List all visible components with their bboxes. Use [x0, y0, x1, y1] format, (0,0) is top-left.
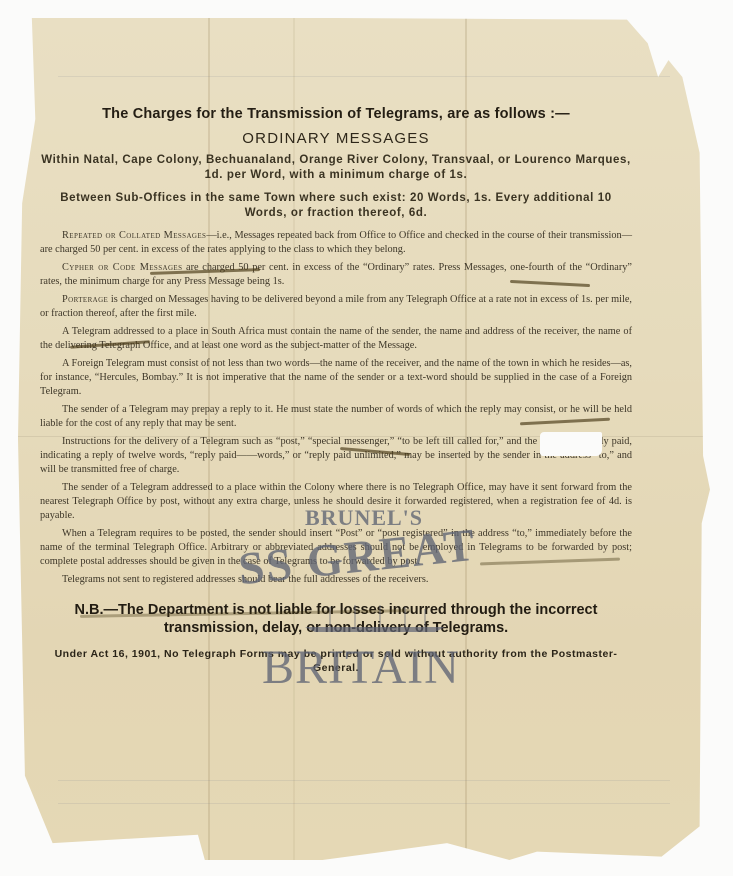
paragraph-prepaid-reply: The sender of a Telegram may prepay a re…	[40, 403, 632, 431]
paragraph-porterage: Porterage is charged on Messages having …	[40, 293, 632, 321]
paragraph-south-africa-address: A Telegram addressed to a place in South…	[40, 325, 632, 353]
rate-sub-offices: Between Sub-Offices in the same Town whe…	[40, 191, 632, 221]
paragraph-lead: Repeated or Collated Messages	[62, 230, 206, 241]
paragraph-text: is charged on Messages having to be deli…	[40, 294, 632, 319]
paragraph-no-telegraph-office: The sender of a Telegram addressed to a …	[40, 481, 632, 523]
act-notice: Under Act 16, 1901, No Telegraph Forms m…	[40, 647, 632, 675]
paragraph-lead: Porterage	[62, 294, 108, 305]
document-heading: The Charges for the Transmission of Tele…	[40, 106, 632, 122]
ruled-line	[58, 780, 670, 781]
rate-within-colonies: Within Natal, Cape Colony, Bechuanaland,…	[40, 153, 632, 183]
paragraph-cypher-messages: Cypher or Code Messages are charged 50 p…	[40, 261, 632, 289]
paragraph-registered-addresses: Telegrams not sent to registered address…	[40, 573, 632, 587]
paragraph-foreign-telegram: A Foreign Telegram must consist of not l…	[40, 357, 632, 399]
ruled-line	[58, 803, 670, 804]
section-title: ORDINARY MESSAGES	[40, 130, 632, 147]
ship-icon	[300, 605, 450, 633]
document-body: The Charges for the Transmission of Tele…	[40, 90, 632, 675]
torn-hole	[540, 432, 602, 456]
ruled-line	[58, 76, 670, 77]
paragraph-repeated-messages: Repeated or Collated Messages—i.e., Mess…	[40, 229, 632, 257]
